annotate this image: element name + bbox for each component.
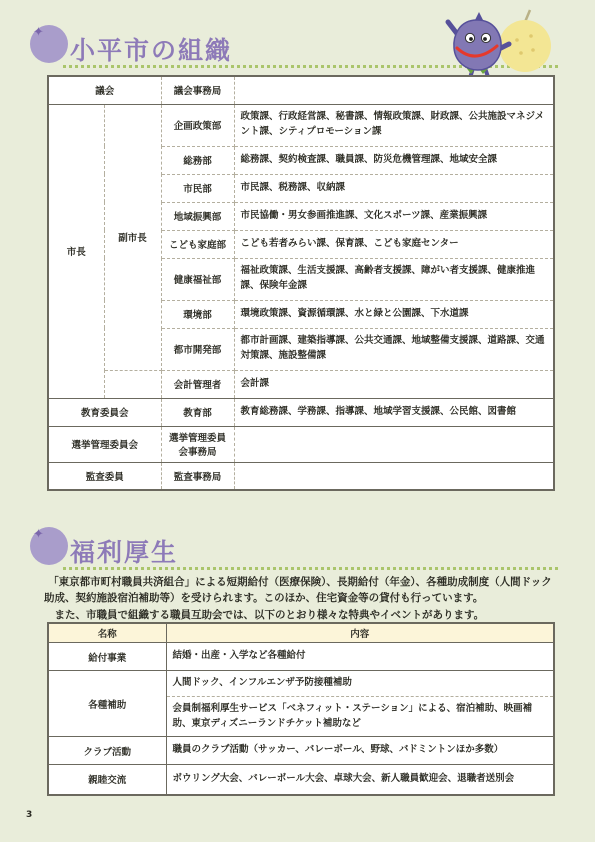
org-dept-divisions: 市民協働・男女参画推進課、文化スポーツ課、産業振興課 [234,202,554,230]
welfare-section-title: 福利厚生 [70,533,178,569]
welfare-row-name: 給付事業 [48,643,166,671]
org-board-name: 教育委員会 [48,398,161,426]
org-dept-divisions: こども若者みらい課、保育課、こども家庭センター [234,230,554,258]
welfare-row-name: 各種補助 [48,671,166,737]
blueberry-mascot-illustration [445,8,560,80]
org-dept-divisions: 総務課、契約検査課、職員課、防災危機管理課、地域安全課 [234,146,554,174]
org-dept-divisions: 都市計画課、建築指導課、公共交通課、地域整備支援課、道路課、交通対策課、施設整備… [234,328,554,370]
org-board-office: 教育部 [161,398,234,426]
mascot-pupil-icon [469,37,473,41]
org-dept-name: 企画政策部 [161,104,234,146]
table-row: 監査委員 監査事務局 [48,462,554,490]
table-row: 給付事業 結婚・出産・入学など各種給付 [48,643,554,671]
org-dept-name: 都市開発部 [161,328,234,370]
org-board-divisions [234,426,554,462]
pear-dot-icon [529,34,533,38]
table-row: 親睦交流 ボウリング大会、バレーボール大会、卓球大会、新人職員歓迎会、退職者送別… [48,765,554,795]
table-row: クラブ活動 職員のクラブ活動（サッカー、バレーボール、野球、バドミントンほか多数… [48,737,554,765]
org-dept-name: 会計管理者 [161,370,234,398]
org-board-office: 監査事務局 [161,462,234,490]
section-bullet-icon: ✦ [30,527,68,565]
organization-section-title: 小平市の組織 [70,31,232,67]
welfare-col-name: 名称 [48,623,166,643]
org-empty-cell [234,76,554,104]
sparkle-icon: ✦ [33,528,44,541]
welfare-col-content: 内容 [166,623,554,643]
org-board-divisions [234,462,554,490]
section-bullet-icon: ✦ [30,25,68,63]
org-dept-name: こども家庭部 [161,230,234,258]
welfare-intro-paragraph: 「東京都市町村職員共済組合」による短期給付（医療保険）、長期給付（年金）、各種助… [44,574,558,607]
org-dept-name: 環境部 [161,300,234,328]
welfare-row-content: 結婚・出産・入学など各種給付 [166,643,554,671]
welfare-intro: 「東京都市町村職員共済組合」による短期給付（医療保険）、長期給付（年金）、各種助… [44,574,558,623]
table-header-row: 名称 内容 [48,623,554,643]
org-board-divisions: 教育総務課、学務課、指導課、地域学習支援課、公民館、図書館 [234,398,554,426]
org-board-office: 選挙管理委員会事務局 [161,426,234,462]
welfare-row-content: 人間ドック、インフルエンザ予防接種補助 [166,671,554,697]
org-dept-divisions: 環境政策課、資源循環課、水と緑と公園課、下水道課 [234,300,554,328]
document-page: ✦ 小平市の組織 議会 議会事務局 市長 [0,0,595,842]
org-dept-name: 健康福祉部 [161,258,234,300]
org-board-name: 選挙管理委員会 [48,426,161,462]
table-row: 議会 議会事務局 [48,76,554,104]
org-dept-divisions: 政策課、行政経営課、秘書課、情報政策課、財政課、公共施設マネジメント課、シティプ… [234,104,554,146]
welfare-table: 名称 内容 給付事業 結婚・出産・入学など各種給付 各種補助 人間ドック、インフ… [47,622,555,796]
org-dept-name: 地域振興部 [161,202,234,230]
table-row: 教育委員会 教育部 教育総務課、学務課、指導課、地域学習支援課、公民館、図書館 [48,398,554,426]
organization-table: 議会 議会事務局 市長 副市長 企画政策部 政策課、行政経営課、秘書課、情報政策… [47,75,555,491]
org-empty-cell [104,370,161,398]
org-gikai-office: 議会事務局 [161,76,234,104]
mascot-body-icon [454,20,501,70]
org-board-name: 監査委員 [48,462,161,490]
org-dept-divisions: 会計課 [234,370,554,398]
pear-dot-icon [515,38,519,42]
org-dept-name: 総務部 [161,146,234,174]
pear-dot-icon [531,48,535,52]
pear-dot-icon [519,51,523,55]
page-number: 3 [26,810,32,820]
table-row: 各種補助 人間ドック、インフルエンザ予防接種補助 [48,671,554,697]
welfare-row-name: 親睦交流 [48,765,166,795]
welfare-row-content: ボウリング大会、バレーボール大会、卓球大会、新人職員歓迎会、退職者送別会 [166,765,554,795]
org-gikai: 議会 [48,76,161,104]
sparkle-icon: ✦ [33,26,44,39]
welfare-intro-paragraph: また、市職員で組織する職員互助会では、以下のとおり様々な特典やイベントがあります… [44,607,558,623]
table-row: 会計管理者 会計課 [48,370,554,398]
welfare-row-name: クラブ活動 [48,737,166,765]
org-dept-divisions: 市民課、税務課、収納課 [234,174,554,202]
table-row: 市長 副市長 企画政策部 政策課、行政経営課、秘書課、情報政策課、財政課、公共施… [48,104,554,146]
org-mayor: 市長 [48,104,104,398]
welfare-row-content: 職員のクラブ活動（サッカー、バレーボール、野球、バドミントンほか多数） [166,737,554,765]
mascot-pupil-icon [483,37,487,41]
org-deputy-mayor: 副市長 [104,104,161,370]
org-dept-divisions: 福祉政策課、生活支援課、高齢者支援課、障がい者支援課、健康推進課、保険年金課 [234,258,554,300]
welfare-row-content: 会員制福利厚生サービス「ベネフィット・ステーション」による、宿泊補助、映画補助、… [166,697,554,737]
table-row: 選挙管理委員会 選挙管理委員会事務局 [48,426,554,462]
dotted-underline [63,567,560,570]
org-dept-name: 市民部 [161,174,234,202]
mascot-calyx-icon [475,12,483,20]
